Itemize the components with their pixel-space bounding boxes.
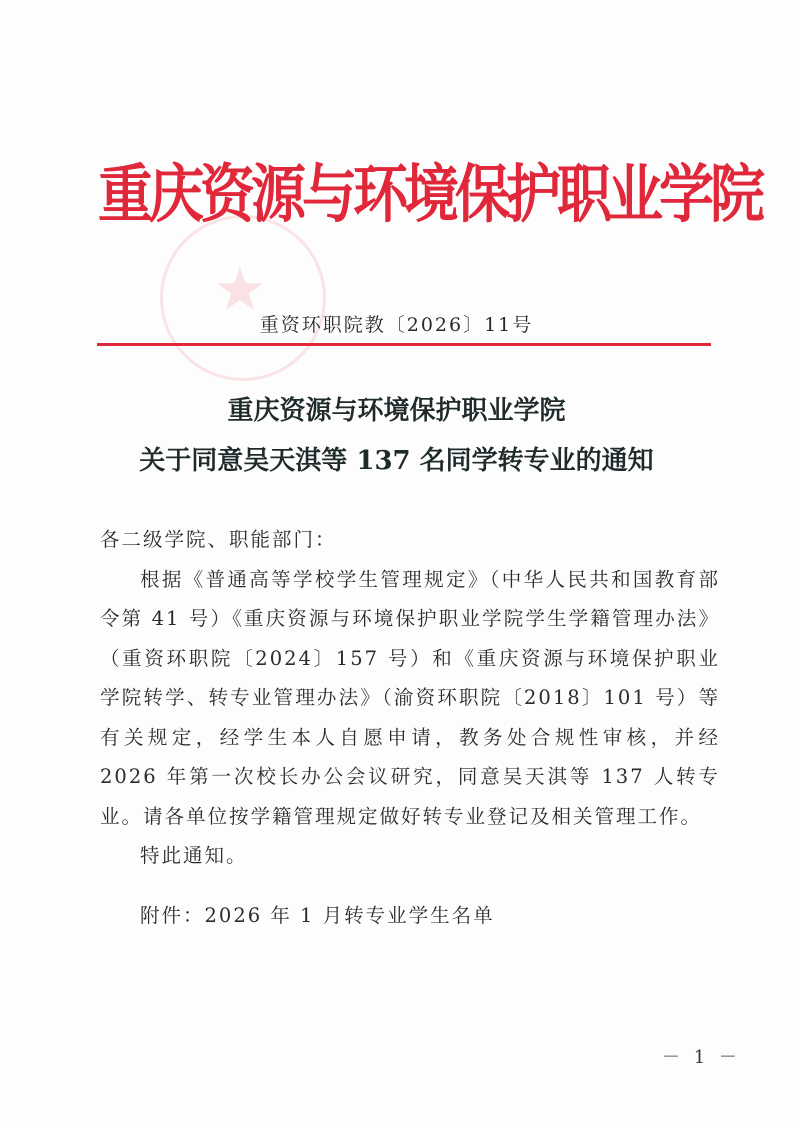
red-divider: [97, 343, 711, 346]
main-paragraph: 根据《普通高等学校学生管理规定》（中华人民共和国教育部令第 41 号）《重庆资源…: [100, 560, 720, 837]
attachment-note: 附件：2026 年 1 月转专业学生名单: [140, 900, 495, 928]
page-number: － 1 －: [662, 1043, 741, 1069]
document-page: ★ 重庆资源与环境保护职业学院 重资环职院教〔2026〕11号 重庆资源与环境保…: [0, 0, 793, 1122]
document-body: 各二级学院、职能部门： 根据《普通高等学校学生管理规定》（中华人民共和国教育部令…: [100, 520, 720, 876]
closing-text: 特此通知。: [100, 836, 720, 876]
document-title-line2: 关于同意吴天淇等 137 名同学转专业的通知: [0, 440, 793, 477]
institution-masthead: 重庆资源与环境保护职业学院: [98, 148, 748, 240]
document-title-line1: 重庆资源与环境保护职业学院: [0, 390, 793, 427]
salutation: 各二级学院、职能部门：: [100, 520, 720, 560]
document-number: 重资环职院教〔2026〕11号: [0, 310, 793, 337]
